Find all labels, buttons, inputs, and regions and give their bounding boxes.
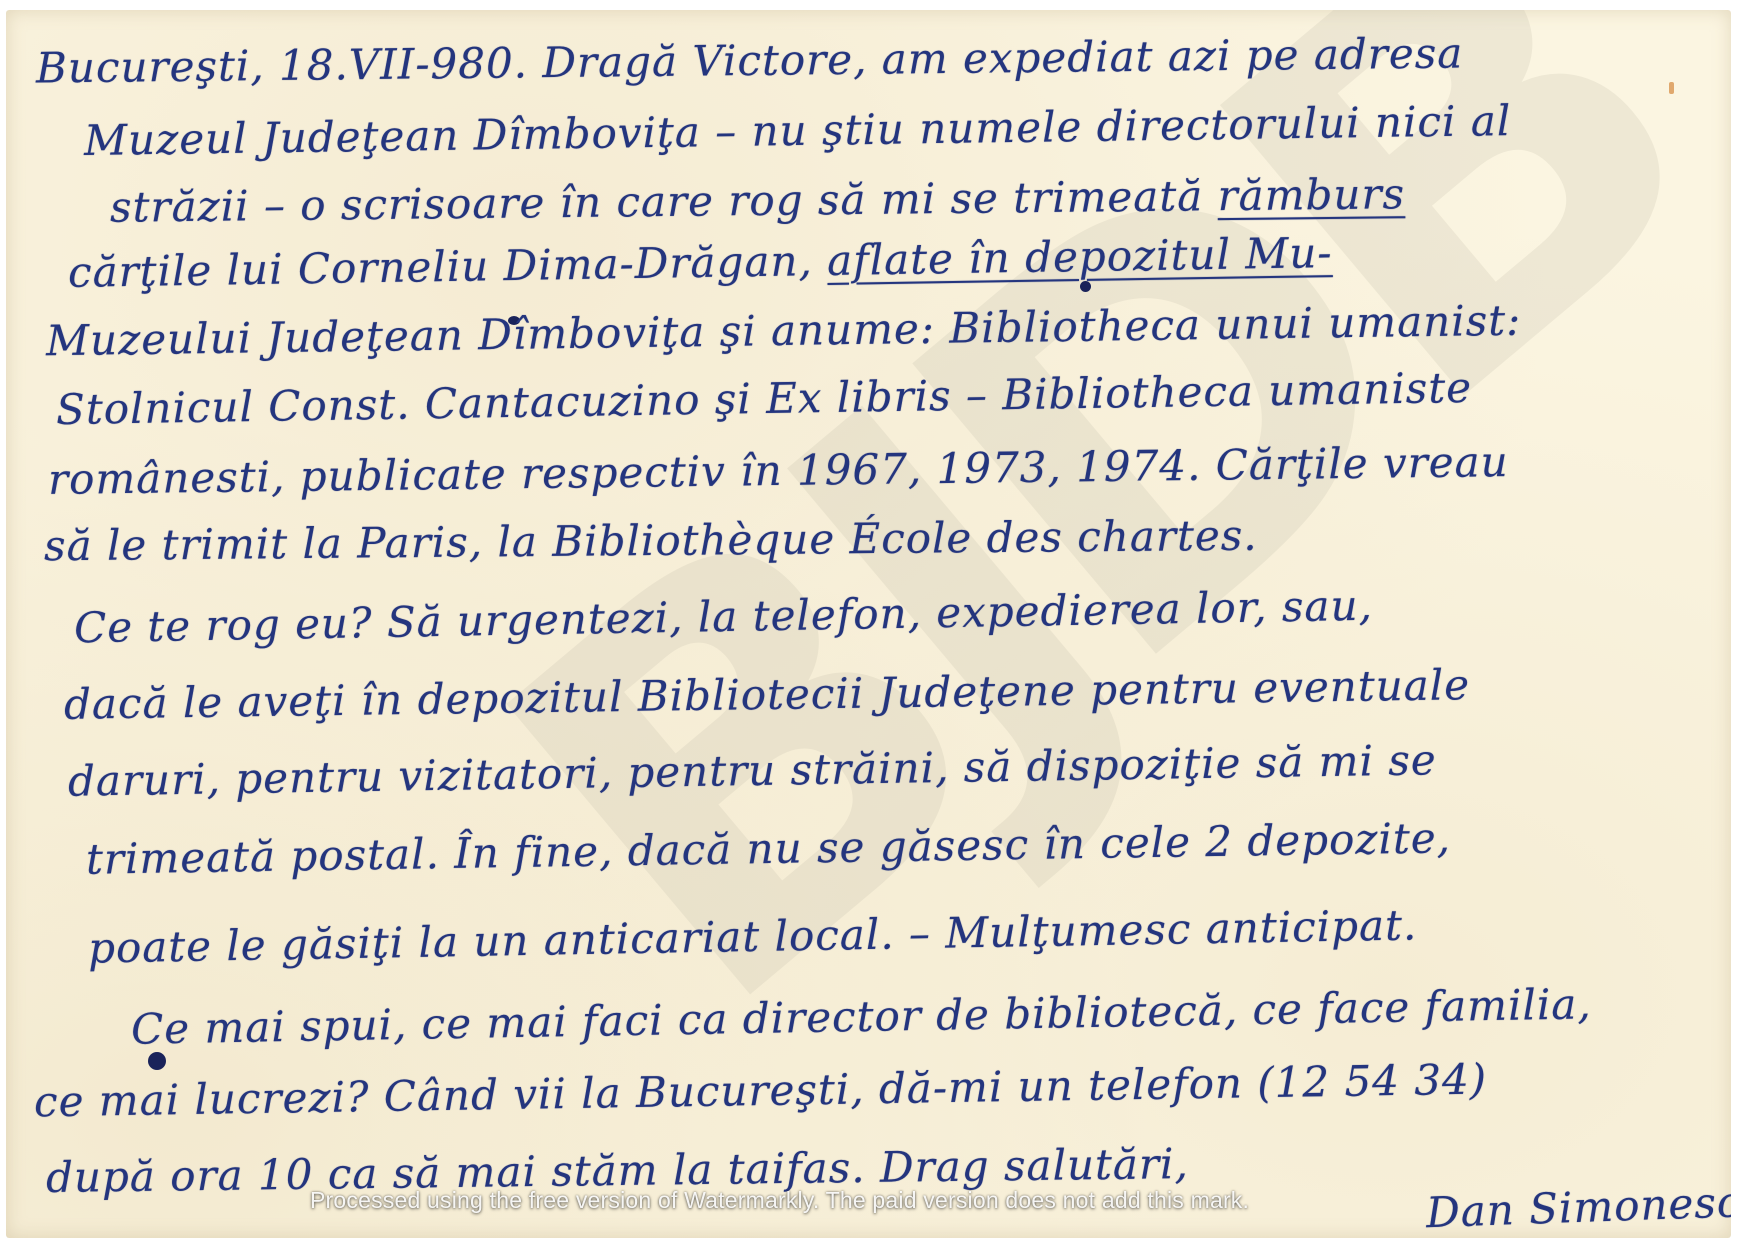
- letter-line-12: trimeată postal. În fine, dacă nu se găs…: [86, 817, 1452, 880]
- letter-line-13: poate le găsiţi la un anticariat local. …: [88, 904, 1418, 969]
- signature: Dan Simonescu.: [1425, 1180, 1731, 1234]
- letter-line-5: Muzeului Judeţean Dîmboviţa şi anume: Bi…: [46, 300, 1522, 363]
- letter-line-2: Muzeul Judeţean Dîmboviţa – nu ştiu nume…: [84, 100, 1512, 162]
- line-4-text: cărţile lui Corneliu Dima-Drăgan: [68, 236, 799, 296]
- letter-line-9: Ce te rog eu? Să urgentezi, la telefon, …: [74, 585, 1374, 650]
- letter-line-14: Ce mai spui, ce mai faci ca director de …: [131, 983, 1592, 1050]
- letter-line-15: ce mai lucrezi? Când vii la Bucureşti, d…: [34, 1059, 1488, 1124]
- letter-line-1: Bucureşti, 18.VII-980. Dragă Victore, am…: [36, 33, 1464, 90]
- postcard-page: BJDB Bucureşti, 18.VII-980. Dragă Victor…: [6, 10, 1731, 1238]
- underlined-ramburs: rămburs: [1217, 169, 1405, 220]
- underlined-aflate-depozitul: aflate în depozitul Mu-: [827, 228, 1333, 285]
- letter-line-8: să le trimit la Paris, la Bibliothèque É…: [44, 515, 1258, 568]
- handwritten-text: Bucureşti, 18.VII-980. Dragă Victore, am…: [6, 10, 1731, 1238]
- letter-line-4: cărţile lui Corneliu Dima-Drăgan, aflate…: [68, 232, 1333, 294]
- line-3-text: străzii – o scrisoare în care rog să mi …: [110, 171, 1204, 231]
- letter-line-11: daruri, pentru vizitatori, pentru străin…: [68, 739, 1437, 802]
- letter-line-10: dacă le aveţi în depozitul Bibliotecii J…: [64, 664, 1471, 726]
- letter-line-7: românesti, publicate respectiv în 1967, …: [48, 441, 1509, 501]
- letter-line-6: Stolnicul Const. Cantacuzino şi Ex libri…: [56, 367, 1473, 431]
- watermarkly-notice: Processed using the free version of Wate…: [310, 1187, 1249, 1214]
- letter-line-3: străzii – o scrisoare în care rog să mi …: [110, 173, 1405, 229]
